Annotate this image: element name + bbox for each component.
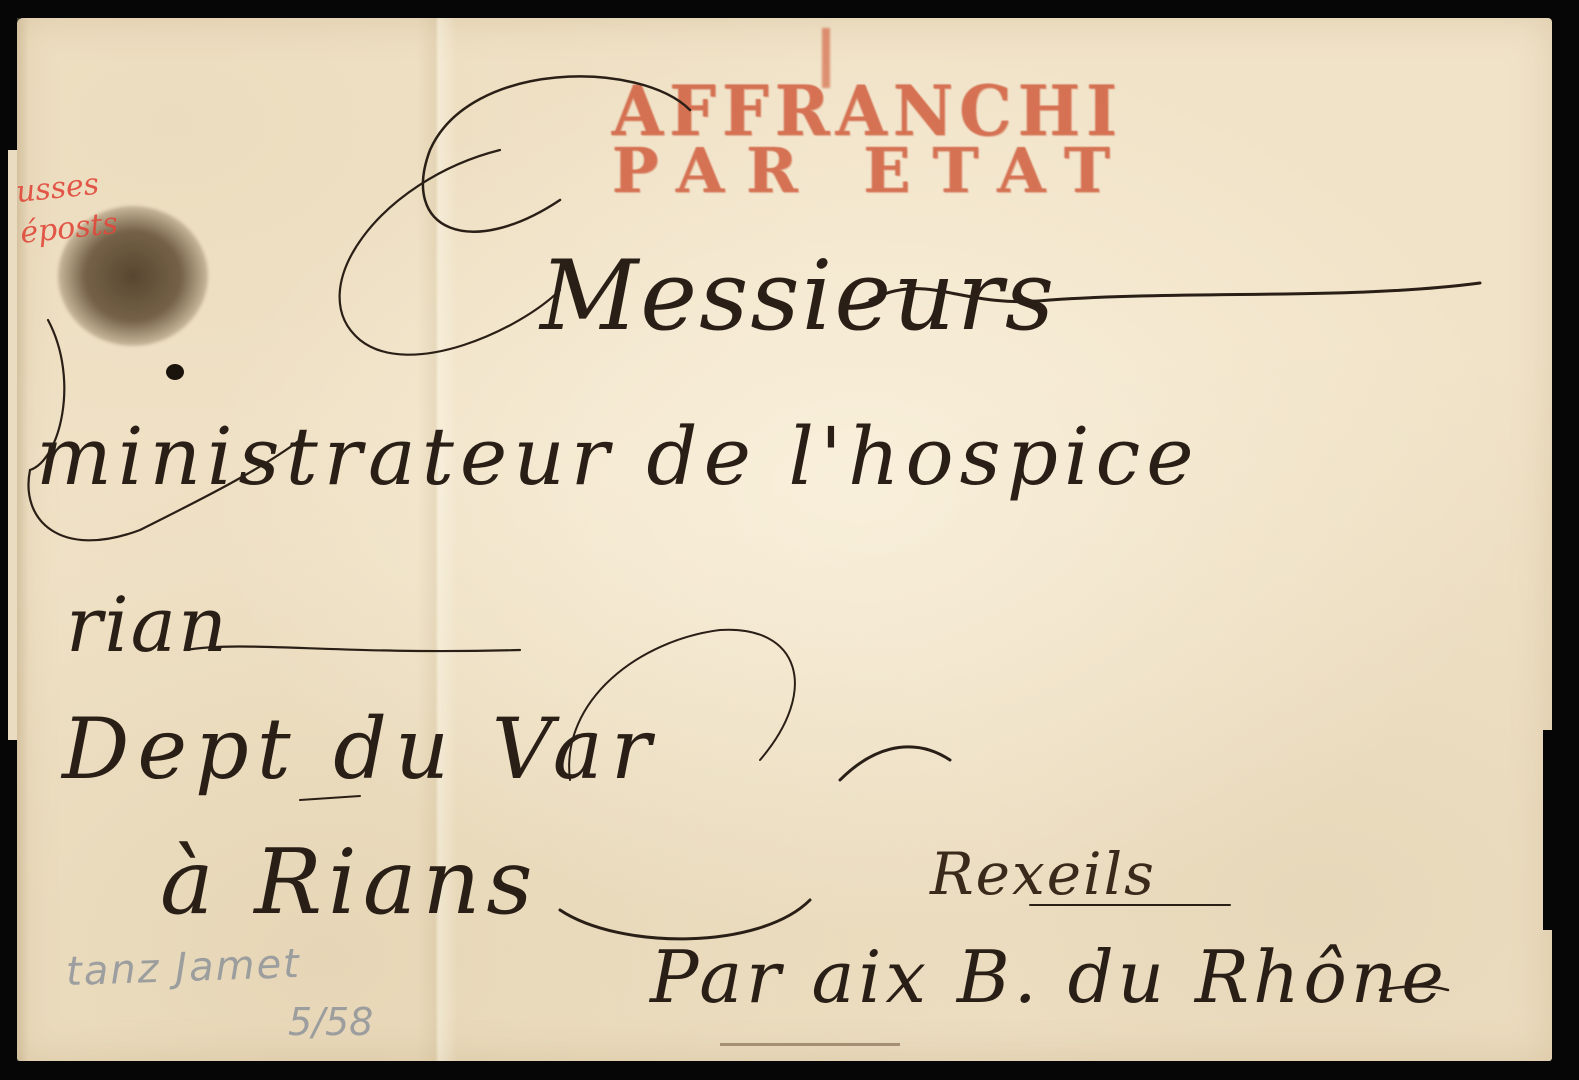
address-title-line: ministrateur de l'hospice <box>36 410 1200 503</box>
address-department: Dept du Var <box>62 700 659 798</box>
pencil-reference-number: 5/58 <box>288 1000 373 1044</box>
address-correction: Rexeils <box>930 840 1156 908</box>
address-title-continuation: rian <box>66 580 229 669</box>
address-route: Par aix B. du Rhône <box>650 935 1448 1019</box>
address-town: à Rians <box>160 830 539 935</box>
postal-handstamp: AFFRANCHI PAR ETAT <box>612 78 1232 202</box>
red-marginal-note: usses éposts <box>14 163 120 254</box>
pencil-dealer-note: tanz Jamet <box>65 941 301 995</box>
handstamp-line-1: AFFRANCHI <box>612 76 1232 145</box>
faint-underline <box>720 1043 900 1046</box>
address-salutation: Messieurs <box>540 240 1056 352</box>
ink-dot <box>166 364 184 380</box>
torn-edge-notch <box>1543 730 1552 930</box>
